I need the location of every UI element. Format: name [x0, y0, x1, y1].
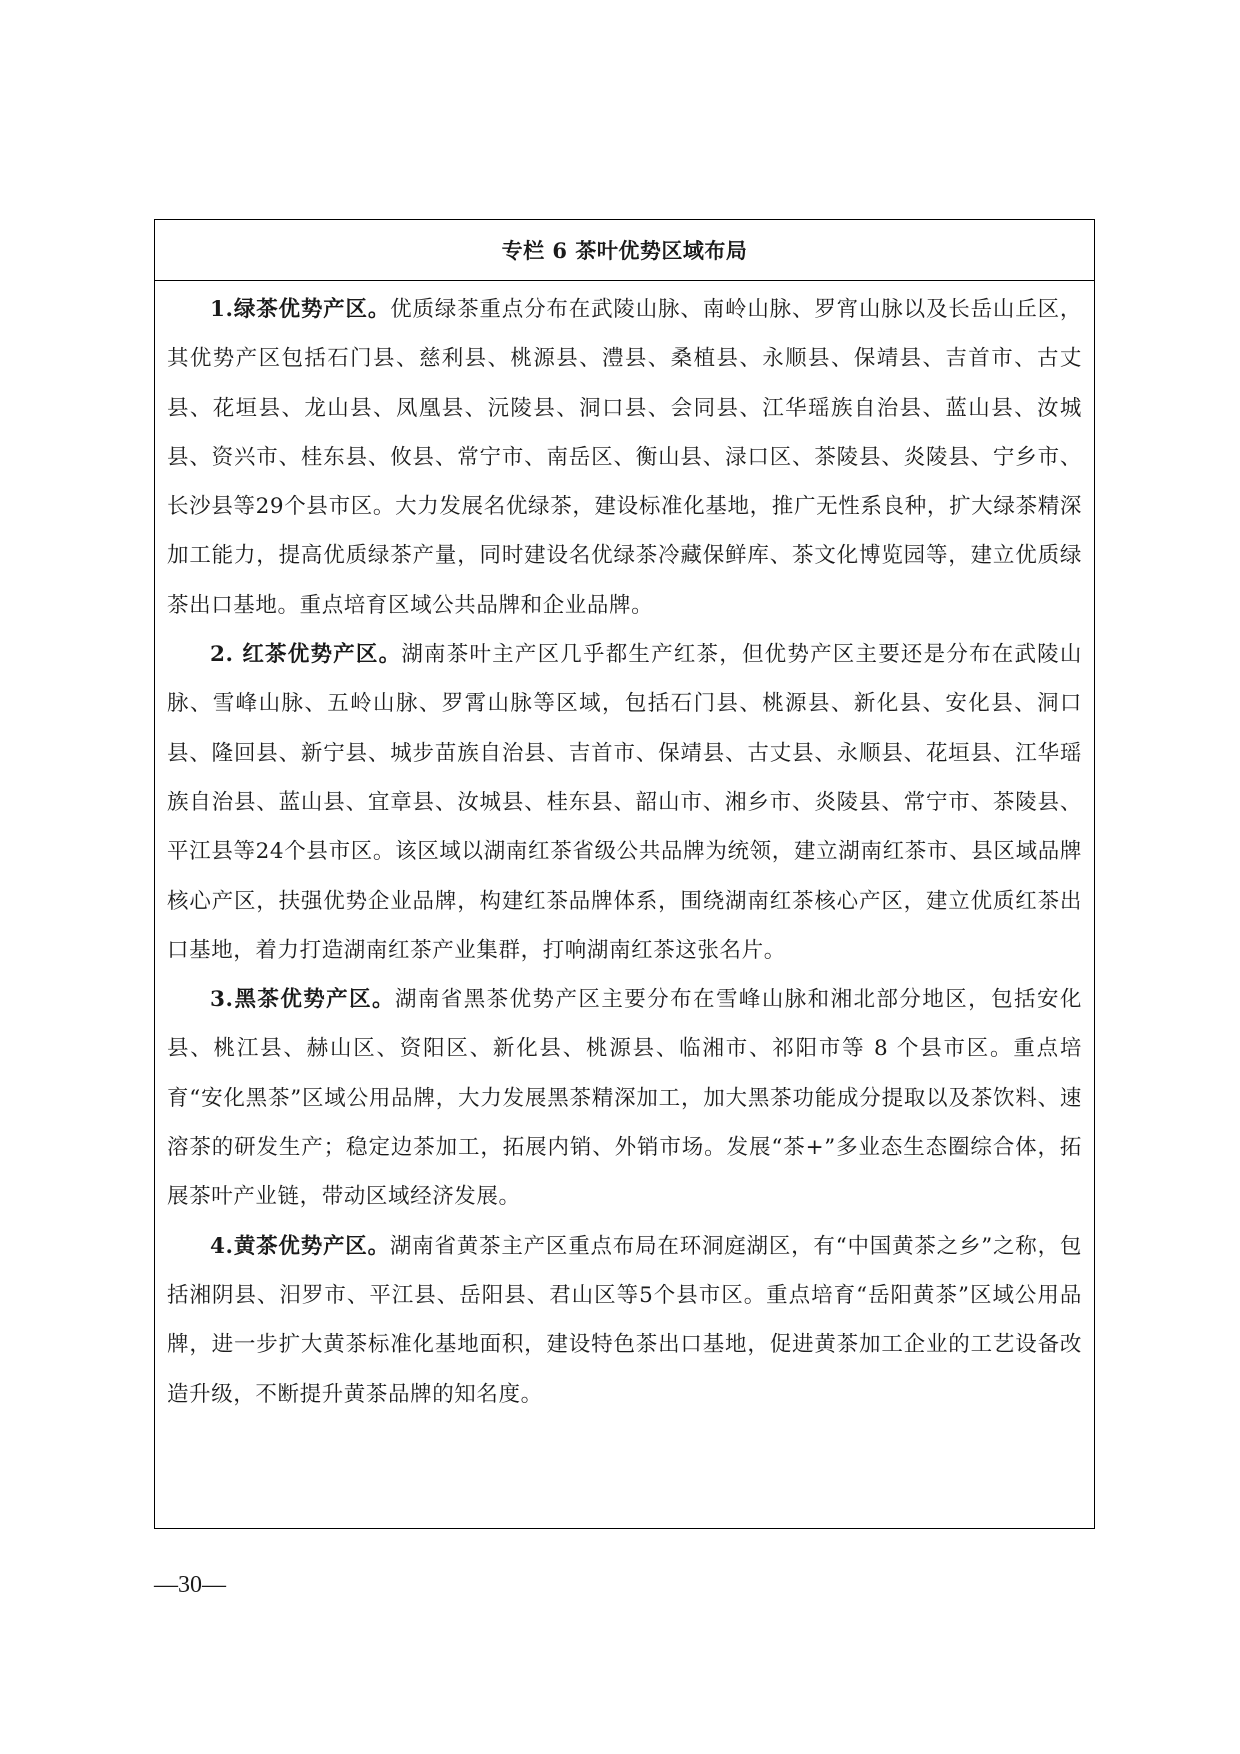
sidebar-box-column-6: 专栏 6 茶叶优势区域布局 1.绿茶优势产区。优质绿茶重点分布在武陵山脉、南岭山… — [154, 219, 1095, 1529]
section-text: 湖南茶叶主产区几乎都生产红茶，但优势产区主要还是分布在武陵山脉、雪峰山脉、五岭山… — [167, 642, 1082, 963]
section-black-tea: 2. 红茶优势产区。湖南茶叶主产区几乎都生产红茶，但优势产区主要还是分布在武陵山… — [167, 630, 1082, 975]
box-title: 专栏 6 茶叶优势区域布局 — [155, 220, 1094, 281]
section-dark-tea: 3.黑茶优势产区。湖南省黑茶优势产区主要分布在雪峰山脉和湘北部分地区，包括安化县… — [167, 975, 1082, 1221]
box-body: 1.绿茶优势产区。优质绿茶重点分布在武陵山脉、南岭山脉、罗宵山脉以及长岳山丘区，… — [155, 281, 1094, 1419]
section-text: 湖南省黑茶优势产区主要分布在雪峰山脉和湘北部分地区，包括安化县、桃江县、赫山区、… — [167, 987, 1082, 1209]
section-text: 优质绿茶重点分布在武陵山脉、南岭山脉、罗宵山脉以及长岳山丘区，其优势产区包括石门… — [167, 297, 1082, 618]
page-number: —30— — [154, 1572, 226, 1599]
section-heading: 3.黑茶优势产区。 — [210, 987, 395, 1012]
section-heading: 4.黄茶优势产区。 — [210, 1234, 390, 1259]
section-text: 湖南省黄茶主产区重点布局在环洞庭湖区，有“中国黄茶之乡”之称，包括湘阴县、汨罗市… — [167, 1234, 1082, 1407]
section-heading: 1.绿茶优势产区。 — [210, 297, 390, 322]
section-heading: 2. 红茶优势产区。 — [210, 642, 401, 667]
section-yellow-tea: 4.黄茶优势产区。湖南省黄茶主产区重点布局在环洞庭湖区，有“中国黄茶之乡”之称，… — [167, 1222, 1082, 1419]
section-green-tea: 1.绿茶优势产区。优质绿茶重点分布在武陵山脉、南岭山脉、罗宵山脉以及长岳山丘区，… — [167, 285, 1082, 630]
